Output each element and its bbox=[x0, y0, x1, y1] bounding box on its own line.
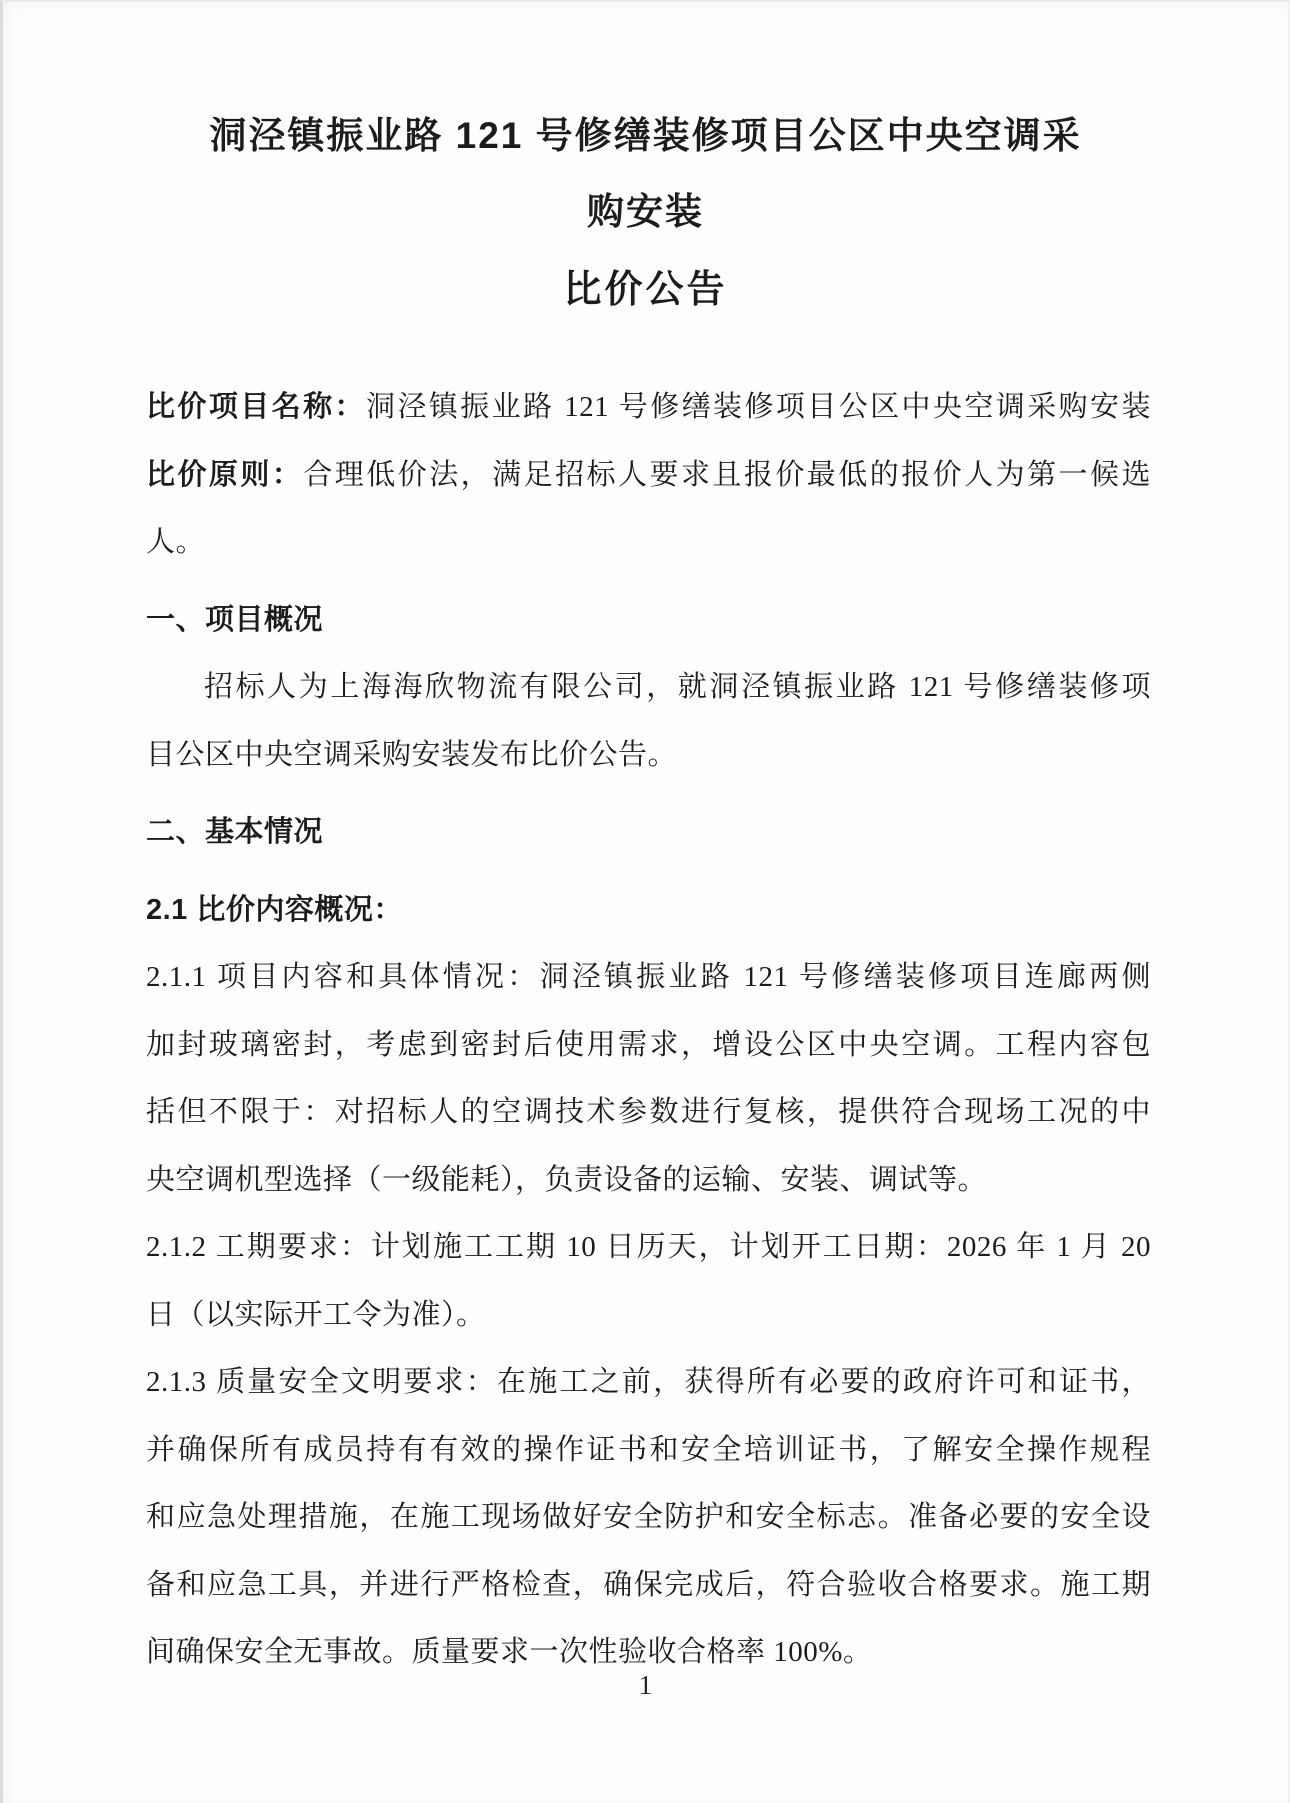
clause-2-1-3-line: 和应急处理措施，在施工现场做好安全防护和安全标志。准备必要的安全设 bbox=[146, 1484, 1151, 1552]
clause-2-1-2-line: 2.1.2 工期要求：计划施工工期 10 日历天，计划开工日期：2026 年 1… bbox=[146, 1214, 1151, 1282]
section-1-paragraph-line: 目公区中央空调采购安装发布比价公告。 bbox=[146, 722, 1151, 790]
clause-2-1-1-line: 括但不限于：对招标人的空调技术参数进行复核，提供符合现场工况的中 bbox=[146, 1079, 1151, 1147]
project-name-value: 洞泾镇振业路 121 号修缮装修项目公区中央空调采购安装 bbox=[366, 391, 1151, 423]
document-page: 洞泾镇振业路 121 号修缮装修项目公区中央空调采 购安装 比价公告 比价项目名… bbox=[0, 0, 1290, 1803]
project-name-line: 比价项目名称：洞泾镇振业路 121 号修缮装修项目公区中央空调采购安装 bbox=[146, 374, 1151, 442]
section-2-heading: 二、基本情况 bbox=[146, 799, 1151, 867]
pricing-principle-value: 合理低价法，满足招标人要求且报价最低的报价人为第一候选 bbox=[303, 459, 1151, 491]
clause-2-1-3-line: 2.1.3 质量安全文明要求：在施工之前，获得所有必要的政府许可和证书， bbox=[146, 1349, 1151, 1417]
clause-2-1-1-line: 2.1.1 项目内容和具体情况：洞泾镇振业路 121 号修缮装修项目连廊两侧 bbox=[146, 944, 1151, 1012]
pricing-principle-line-2: 人。 bbox=[146, 509, 1151, 577]
project-name-label: 比价项目名称： bbox=[146, 391, 366, 423]
clause-2-1-1-line: 央空调机型选择（一级能耗），负责设备的运输、安装、调试等。 bbox=[146, 1147, 1151, 1215]
section-2-1-heading: 2.1 比价内容概况： bbox=[146, 877, 1151, 945]
document-body: 比价项目名称：洞泾镇振业路 121 号修缮装修项目公区中央空调采购安装 比价原则… bbox=[146, 374, 1151, 1687]
clause-2-1-2-line: 日（以实际开工令为准）。 bbox=[146, 1282, 1151, 1350]
pricing-principle-label: 比价原则： bbox=[146, 459, 303, 491]
clause-2-1-3-line: 备和应急工具，并进行严格检查，确保完成后，符合验收合格要求。施工期 bbox=[146, 1552, 1151, 1620]
page-number: 1 bbox=[3, 1670, 1288, 1701]
clause-2-1-1-line: 加封玻璃密封，考虑到密封后使用需求，增设公区中央空调。工程内容包 bbox=[146, 1012, 1151, 1080]
section-1-paragraph-line: 招标人为上海海欣物流有限公司，就洞泾镇振业路 121 号修缮装修项 bbox=[146, 654, 1151, 722]
document-title-block: 洞泾镇振业路 121 号修缮装修项目公区中央空调采 购安装 比价公告 bbox=[3, 98, 1288, 328]
document-title-line-1: 洞泾镇振业路 121 号修缮装修项目公区中央空调采 bbox=[3, 98, 1288, 174]
pricing-principle-line: 比价原则：合理低价法，满足招标人要求且报价最低的报价人为第一候选 bbox=[146, 442, 1151, 510]
clause-2-1-3-line: 并确保所有成员持有有效的操作证书和安全培训证书，了解安全操作规程 bbox=[146, 1417, 1151, 1485]
section-1-heading: 一、项目概况 bbox=[146, 587, 1151, 655]
document-title-line-2: 购安装 bbox=[3, 174, 1288, 250]
document-subtitle: 比价公告 bbox=[3, 252, 1288, 328]
